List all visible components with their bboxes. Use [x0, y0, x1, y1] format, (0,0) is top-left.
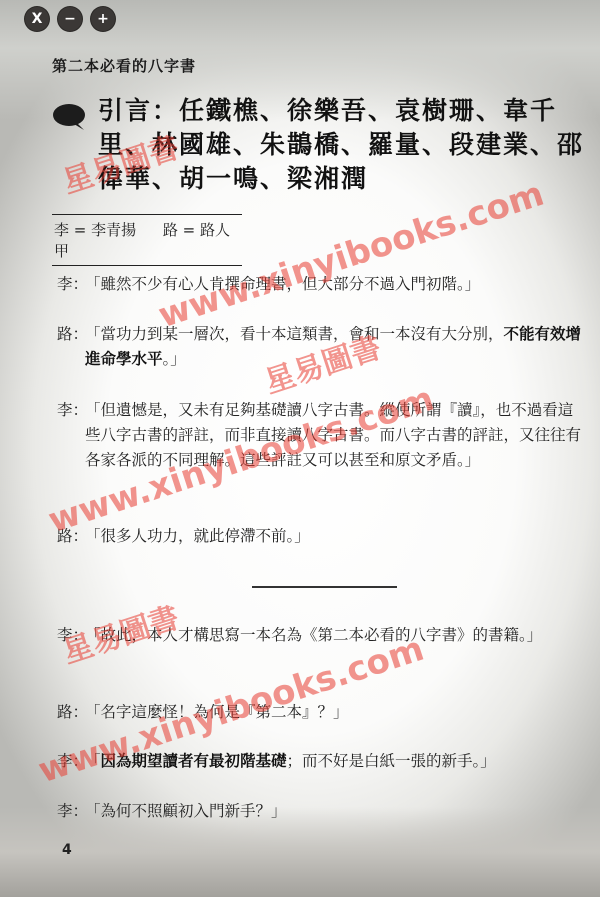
speaker: 李： [57, 749, 85, 774]
speaker: 李： [57, 398, 85, 473]
dialogue-line: 李： 「故此，本人才構思寫一本名為《第二本必看的八字書》的書籍。」 [57, 623, 587, 648]
close-icon: X [32, 11, 43, 27]
speaker: 李： [57, 272, 85, 297]
dialogue-line: 路： 「很多人功力，就此停滯不前。」 [57, 524, 587, 549]
zoom-out-button[interactable]: − [58, 7, 82, 31]
running-head: 第二本必看的八字書 [52, 55, 196, 76]
dialogue-line: 路： 「當功力到某一層次，看十本這類書，會和一本沒有大分別，不能有效增進命學水平… [57, 322, 587, 372]
dialogue-line: 路： 「名字這麼怪！為何是『第二本』？」 [57, 700, 587, 725]
speaker: 李： [57, 623, 85, 648]
page-number: 4 [62, 842, 72, 858]
zoom-out-icon: − [64, 11, 76, 27]
speaker-legend: 李 = 李青揚 路 = 路人甲 [52, 214, 242, 266]
dialogue-line: 李： 「為何不照顧初入門新手？」 [57, 799, 587, 824]
dialogue-line: 李： 「雖然不少有心人肯撰命理書，但大部分不過入門初階。」 [57, 272, 587, 297]
zoom-in-button[interactable]: + [91, 7, 115, 31]
dialogue-line: 李： 「但遺憾是，又未有足夠基礎讀八字古書。縱使所謂『讀』，也不過看這些八字古書… [57, 398, 587, 473]
speaker: 李： [57, 799, 85, 824]
speaker: 路： [57, 700, 85, 725]
speaker: 路： [57, 524, 85, 549]
book-page: 第二本必看的八字書 引言：任鐵樵、徐樂吾、袁樹珊、韋千里、林國雄、朱鵲橋、羅量、… [0, 0, 600, 897]
section-divider [252, 586, 397, 588]
speaker: 路： [57, 322, 85, 372]
chapter-heading: 引言：任鐵樵、徐樂吾、袁樹珊、韋千里、林國雄、朱鵲橋、羅量、段建業、邵偉華、胡一… [98, 94, 588, 196]
zoom-in-icon: + [97, 11, 109, 27]
dialogue-line: 李： 「因為期望讀者有最初階基礎；而不好是白紙一張的新手。」 [57, 749, 587, 774]
speech-bubble-icon [52, 102, 88, 132]
close-button[interactable]: X [25, 7, 49, 31]
emphasis: 因為期望讀者有最初階基礎 [101, 752, 287, 770]
viewer-controls: X − + [25, 7, 115, 31]
legend-li: 李 = 李青揚 [54, 221, 136, 239]
